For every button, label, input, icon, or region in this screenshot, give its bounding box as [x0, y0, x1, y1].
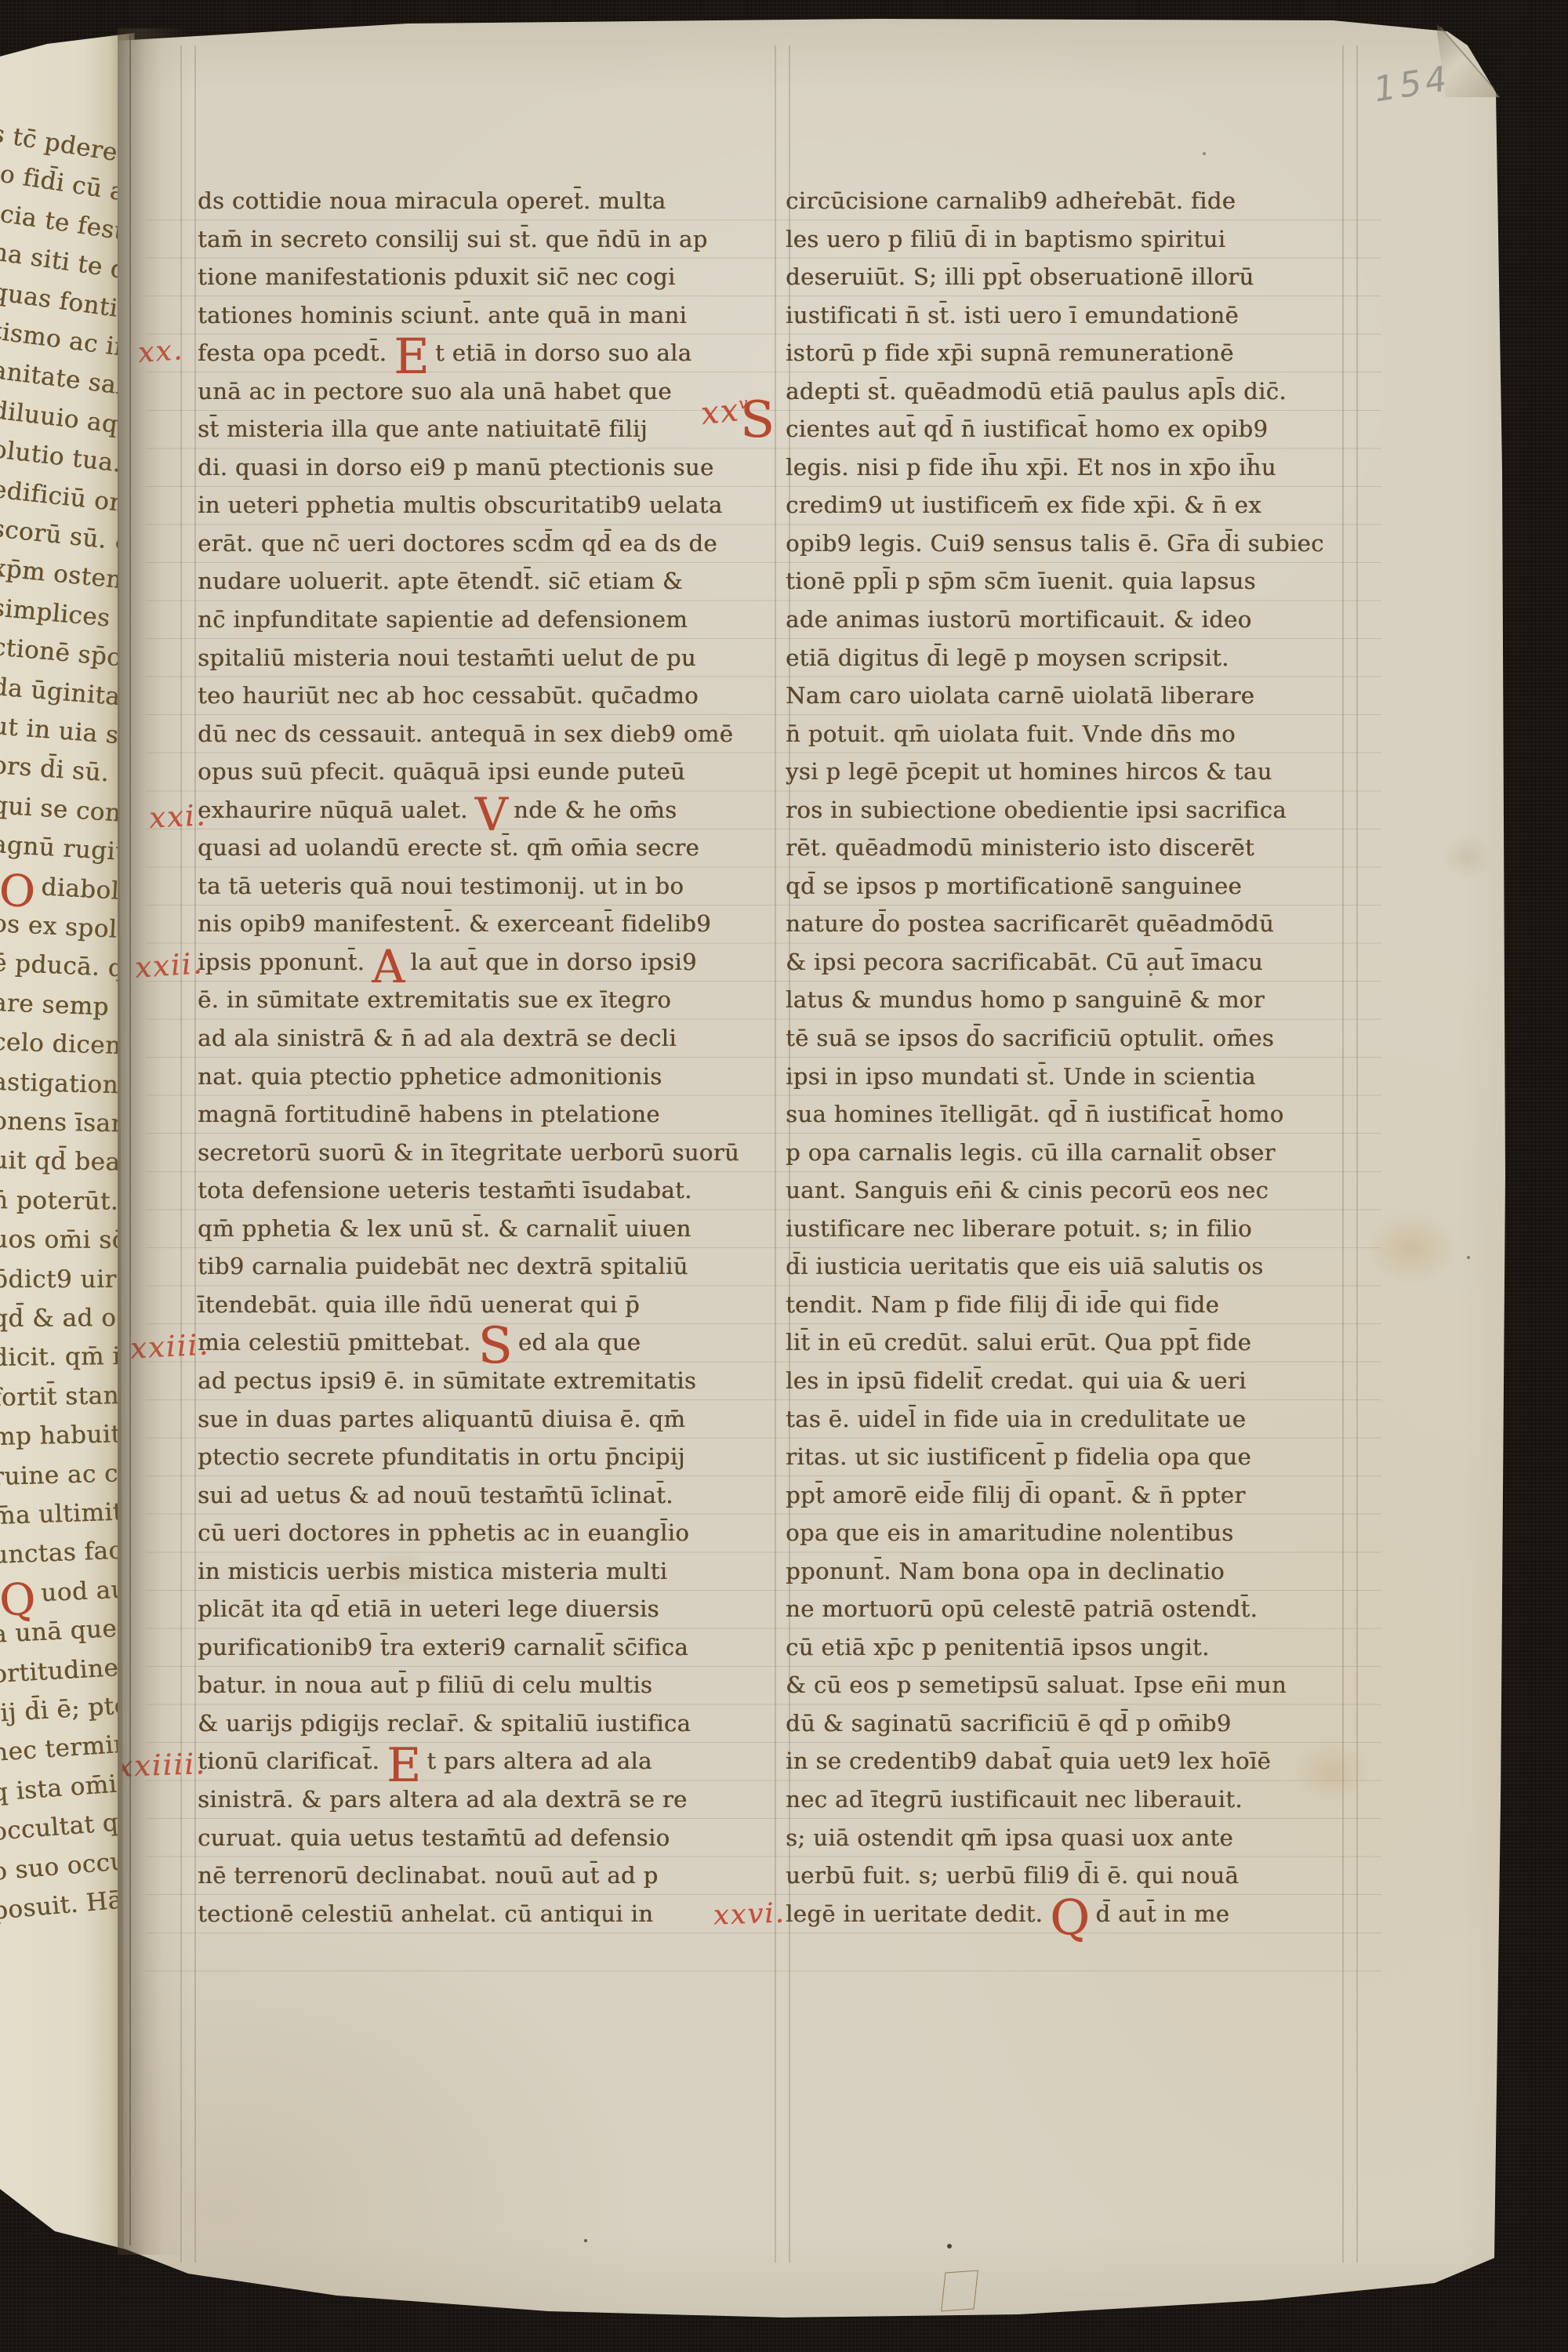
text-line: magnā fortitudinē habens in ptelatione: [198, 1095, 746, 1134]
edge-fragment-line: celo dicentem. Is: [0, 1028, 118, 1063]
manuscript-photo: s tc̄ pdere uis. s; n̄lo fid̄i cū angl̄i…: [0, 0, 1568, 2352]
text-line: Scientes aut̄ qd̄ n̄ iustificat̄ homo ex…: [786, 410, 1344, 448]
rubric-initial: Q: [1050, 1904, 1090, 1931]
text-line: purificationib9 t̄ra exteri9 carnalit̄ s…: [198, 1628, 746, 1667]
text-line: ta tā ueteris quā noui testimonij. ut in…: [198, 867, 746, 906]
edge-fragment-line: qd̄ & ad occident: [0, 1304, 118, 1333]
right-text-column: circūcisione carnalib9 adherebāt. fidele…: [786, 182, 1344, 1933]
text-line: legē in ueritate dedit.Qd̄ aut̄ in me: [786, 1895, 1344, 1933]
folio-number: 154: [1371, 59, 1454, 111]
text-line: nat. quia ptectio pphetice admonitionis: [198, 1058, 746, 1096]
text-line: in ueteri pphetia multis obscuritatib9 u…: [198, 486, 746, 524]
text-line: istorū p fide xp̄i supnā remunerationē: [786, 334, 1344, 372]
edge-fragment-line: mp habuit qd̄ a: [0, 1418, 118, 1451]
text-line: ad pectus ipsi9 ē. in sūmitate extremita…: [198, 1362, 746, 1400]
text-line: ade animas iustorū mortificauit. & ideo: [786, 601, 1344, 639]
text-line: d̄i iusticia ueritatis que eis uiā salut…: [786, 1247, 1344, 1286]
parchment-stain: [1364, 1211, 1458, 1286]
rubric-initial: O: [0, 878, 36, 906]
text-line: nc̄ inpfunditate sapientie ad defensione…: [198, 601, 746, 639]
text-line: ros in subiectione obedientie ipsi sacri…: [786, 791, 1344, 829]
left-text-column: ds cottidie noua miracula operet̄. multa…: [198, 182, 746, 1933]
text-line: nis opib9 manifestent̄. & exerceant̄ fid…: [198, 905, 746, 943]
edge-fragment-line: astigationib9 tene: [0, 1068, 118, 1102]
text-line: pponunt̄. Nam bona opa in declinatio: [786, 1552, 1344, 1591]
text-line: cū etiā xp̄c p penitentiā ipsos ungit.: [786, 1628, 1344, 1667]
edge-fragment-line: uos om̄i sc̄itate m: [0, 1225, 118, 1254]
text-line: tectionē celestiū anhelat. cū antiqui in: [198, 1895, 746, 1933]
text-line: dū nec ds cessauit. antequā in sex dieb9…: [198, 715, 746, 753]
text-line: tionē ppl̄i p sp̄m sc̄m īuenit. quia lap…: [786, 562, 1344, 601]
text-line: ad ala sinistrā & n̄ ad ala dextrā se de…: [198, 1019, 746, 1058]
text-line: opus suū pfecit. quāquā ipsi eunde puteū: [198, 753, 746, 791]
edge-fragment-line: ut in uia salutis: [0, 712, 118, 755]
text-line: sinistrā. & pars altera ad ala dextrā se…: [198, 1780, 746, 1819]
edge-fragment-line: ors d̄i sū. Et ecce: [0, 751, 118, 794]
text-line: ritas. ut sic iustificent̄ p fidelia opa…: [786, 1438, 1344, 1476]
edge-fragment-line: lij d̄i ē; ptectio illa: [0, 1686, 118, 1728]
text-line: credim9 ut iustificem̄ ex fide xp̄i. & n…: [786, 486, 1344, 524]
text-line: spitaliū misteria noui testam̄ti uelut d…: [198, 639, 746, 677]
text-line: nature d̄o postea sacrificarēt quēadmōdū: [786, 905, 1344, 943]
text-line: & ipsi pecora sacrificabāt. Cū aut̄ īmac…: [786, 943, 1344, 982]
text-line: tendit. Nam p fide filij d̄i id̄e qui fi…: [786, 1286, 1344, 1324]
rubric-initial: A: [372, 953, 405, 980]
edge-fragment-line: xp̄m ostendeba: [0, 554, 118, 601]
edge-fragment-line: nec terminū habe: [0, 1724, 118, 1767]
text-line: exhaurire nūquā ualet.Vnde & he om̄s: [198, 791, 746, 829]
margin-numeral: xxvi.: [713, 1897, 786, 1931]
edge-fragment-line: Quod aut̄ in utro: [0, 1571, 118, 1615]
text-line: sui ad uetus & ad nouū testam̄tū īclinat…: [198, 1476, 746, 1515]
edge-fragment-line: os ex spoliabo ac: [0, 909, 118, 948]
rubric-initial: E: [387, 1752, 421, 1779]
text-line: ipsis pponunt̄.Ala aut̄ que in dorso ips…: [198, 943, 746, 982]
edge-fragment-line: occultat que in an: [0, 1801, 118, 1846]
edge-fragment-line: q ista om̄ia seruat: [0, 1762, 118, 1807]
edge-fragment-line: simplices p fide: [0, 593, 118, 640]
rubric-initial: Q: [0, 1587, 36, 1615]
text-line: legis. nisi p fide ih̄u xp̄i. Et nos in …: [786, 448, 1344, 487]
text-line: st̄ misteria illa que ante natiuitatē fi…: [198, 410, 746, 448]
edge-fragment-line: fortit̄ stans. hoc: [0, 1381, 118, 1412]
edge-fragment-line: qui se cont̄ uic: [0, 791, 118, 831]
edge-fragment-line: Odiabolica u: [0, 870, 118, 914]
text-line: n̄ potuit. qm̄ uiolata fuit. Vnde dn̄s m…: [786, 715, 1344, 753]
rubric-initial: V: [475, 801, 508, 828]
edge-fragment-line: o suo occultata n̄di: [0, 1838, 118, 1886]
text-line: mia celestiū pmittebat.Sed ala que: [198, 1323, 746, 1362]
edge-fragment-line: are semp ētendun: [0, 989, 118, 1025]
text-line: rēt. quēadmodū ministerio isto discerēt: [786, 829, 1344, 867]
edge-fragment-line: ē pducā. quia ui: [0, 949, 118, 985]
text-line: opib9 legis. Cui9 sensus talis ē. Gr̄a d…: [786, 524, 1344, 563]
text-line: ds cottidie noua miracula operet̄. multa: [198, 182, 746, 220]
text-line: teo hauriūt nec ab hoc cessabūt. quc̄adm…: [198, 677, 746, 715]
edge-fragment-line: da ūginitatē qu: [0, 673, 118, 717]
text-line: nē terrenorū declinabat. nouū aut̄ ad p: [198, 1857, 746, 1895]
edge-fragment-line: m̄a ultimita uia: [0, 1496, 118, 1530]
edge-fragment-line: n̄ poterūt. ū ipse: [0, 1186, 118, 1217]
text-line: ītendebāt. quia ille n̄dū uenerat qui p̄: [198, 1286, 746, 1324]
margin-numeral: xxv: [699, 391, 752, 432]
text-line: in se credentib9 dabat̄ quia uet9 lex ho…: [786, 1742, 1344, 1780]
text-line: quasi ad uolandū erecte st̄. qm̄ om̄ia s…: [198, 829, 746, 867]
text-line: ipsi in ipso mundati st̄. Unde in scient…: [786, 1058, 1344, 1096]
edge-fragment-line: dicit. qm̄ ipse fu: [0, 1341, 118, 1372]
edge-fragment-line: unctas facultates: [0, 1533, 118, 1570]
text-line: ptectio secrete pfunditatis in ortu p̄nc…: [198, 1438, 746, 1476]
text-line: tas ē. uidel̄ in fide uia in credulitate…: [786, 1400, 1344, 1439]
text-line: plicāt ita qd̄ etiā in ueteri lege diuer…: [198, 1590, 746, 1628]
text-line: deseruiūt. S; illi ppt̄ obseruationē ill…: [786, 258, 1344, 296]
text-line: lit̄ in eū credūt. salui erūt. Qua ppt̄ …: [786, 1323, 1344, 1362]
rubric-initial: E: [394, 343, 430, 370]
text-line: Nam caro uiolata carnē uiolatā liberare: [786, 677, 1344, 715]
text-line: secretorū suorū & in ītegritate uerborū …: [198, 1134, 746, 1172]
text-line: iustificare nec liberare potuit. s; in f…: [786, 1210, 1344, 1248]
text-line: di. quasi in dorso ei9 p manū ptectionis…: [198, 448, 746, 487]
text-line: tota defensione ueteris testam̄ti īsudab…: [198, 1171, 746, 1210]
text-line: tib9 carnalia puidebāt nec dextrā spital…: [198, 1247, 746, 1286]
text-line: nudare uoluerit. apte ētendt̄. sic̄ etia…: [198, 562, 746, 601]
sketch-parallelogram: [941, 2270, 978, 2312]
text-line: cū ueri doctores in pphetis ac in euangl…: [198, 1514, 746, 1552]
text-line: dū & saginatū sacrificiū ē qd̄ p om̄ib9: [786, 1704, 1344, 1743]
edge-fragment-line: p̄dict9 uir ad occ: [0, 1265, 118, 1294]
text-line: ē. in sūmitate extremitatis sue ex ītegr…: [198, 981, 746, 1019]
text-line: uant. Sanguis en̄i & cinis pecorū eos ne…: [786, 1171, 1344, 1210]
edge-fragment-line: uit qd̄ beatitudin: [0, 1146, 118, 1178]
edge-fragment-line: ruine ac cont̄ st: [0, 1457, 118, 1491]
edge-fragment-line: ortitudine diuin: [0, 1650, 118, 1689]
text-line: & cū eos p semetipsū saluat. Ipse en̄i m…: [786, 1666, 1344, 1704]
text-line: & uarijs pdigijs reclar̄. & spitaliū ius…: [198, 1704, 746, 1743]
text-line: batur. in noua aut̄ p filiū di celu mult…: [198, 1666, 746, 1704]
vertical-rule: [1356, 45, 1358, 2263]
text-line: curuat. quia uetus testam̄tū ad defensio: [198, 1819, 746, 1857]
text-line: les uero p filiū d̄i in baptismo spiritu…: [786, 220, 1344, 259]
gutter-shadow: [118, 28, 190, 2255]
edge-fragment-line: ctionē sp̄c sc̄i fu: [0, 633, 118, 679]
text-line: tationes hominis sciunt̄. ante quā in ma…: [198, 296, 746, 335]
text-line: iustificati n̄ st̄. isti uero ī emundati…: [786, 296, 1344, 335]
vertical-rule: [775, 45, 776, 2263]
vertical-rule: [194, 45, 196, 2263]
text-line: sua homines ītelligāt. qd̄ n̄ iustificat…: [786, 1095, 1344, 1134]
text-line: ysi p legē p̄cepit ut homines hircos & t…: [786, 753, 1344, 791]
edge-fragment-line: agnū rugitū cū: [0, 830, 118, 869]
text-line: tione manifestationis pduxit sic̄ nec co…: [198, 258, 746, 296]
text-line: tē suā se ipsos d̄o sacrificiū optulit. …: [786, 1019, 1344, 1058]
text-line: nec ad ītegrū iustificauit nec liberauit…: [786, 1780, 1344, 1819]
parchment-stain: [1441, 835, 1493, 879]
text-line: sue in duas partes aliquantū diuisa ē. q…: [198, 1400, 746, 1439]
facing-page-text-fragments: s tc̄ pdere uis. s; n̄lo fid̄i cū angl̄i…: [0, 31, 118, 2258]
text-line: etiā digitus d̄i legē p moysen scripsit.: [786, 639, 1344, 677]
text-line: tionū clarificat̄.Et pars altera ad ala: [198, 1742, 746, 1780]
text-line: p opa carnalis legis. cū illa carnalit̄ …: [786, 1134, 1344, 1172]
text-line: s; uiā ostendit qm̄ ipsa quasi uox ante: [786, 1819, 1344, 1857]
text-line: qm̄ pphetia & lex unū st̄. & carnalit̄ u…: [198, 1210, 746, 1248]
text-line: opa que eis in amaritudine nolentibus: [786, 1514, 1344, 1552]
text-line: tam̄ in secreto consilij sui st̄. que n̄…: [198, 220, 746, 259]
text-line: les in ipsū fidelit̄ credat. qui uia & u…: [786, 1362, 1344, 1400]
gutter-crease: [129, 34, 131, 2245]
text-line: erāt. que nc̄ ueri doctores scd̄m qd̄ ea…: [198, 524, 746, 563]
text-line: adepti st̄. quēadmodū etiā paulus apl̄s …: [786, 372, 1344, 411]
text-line: in misticis uerbis mistica misteria mult…: [198, 1552, 746, 1591]
text-line: ne mortuorū opū celestē patriā ostendt̄.: [786, 1590, 1344, 1628]
text-line: unā ac in pectore suo ala unā habet que: [198, 372, 746, 411]
manuscript-page: ds cottidie noua miracula operet̄. multa…: [0, 0, 1568, 2352]
text-line: circūcisione carnalib9 adherebāt. fide: [786, 182, 1344, 220]
text-line: qd̄ se ipsos p mortificationē sanguinee: [786, 867, 1344, 906]
text-line: festa opa pcedt̄.Et etiā in dorso suo al…: [198, 334, 746, 372]
text-line: ppt̄ amorē eid̄e filij d̄i opant̄. & n̄ …: [786, 1476, 1344, 1515]
edge-fragment-line: onens īsanias īsur: [0, 1107, 118, 1140]
text-line: latus & mundus homo p sanguinē & mor: [786, 981, 1344, 1019]
rubric-initial: S: [478, 1333, 513, 1359]
